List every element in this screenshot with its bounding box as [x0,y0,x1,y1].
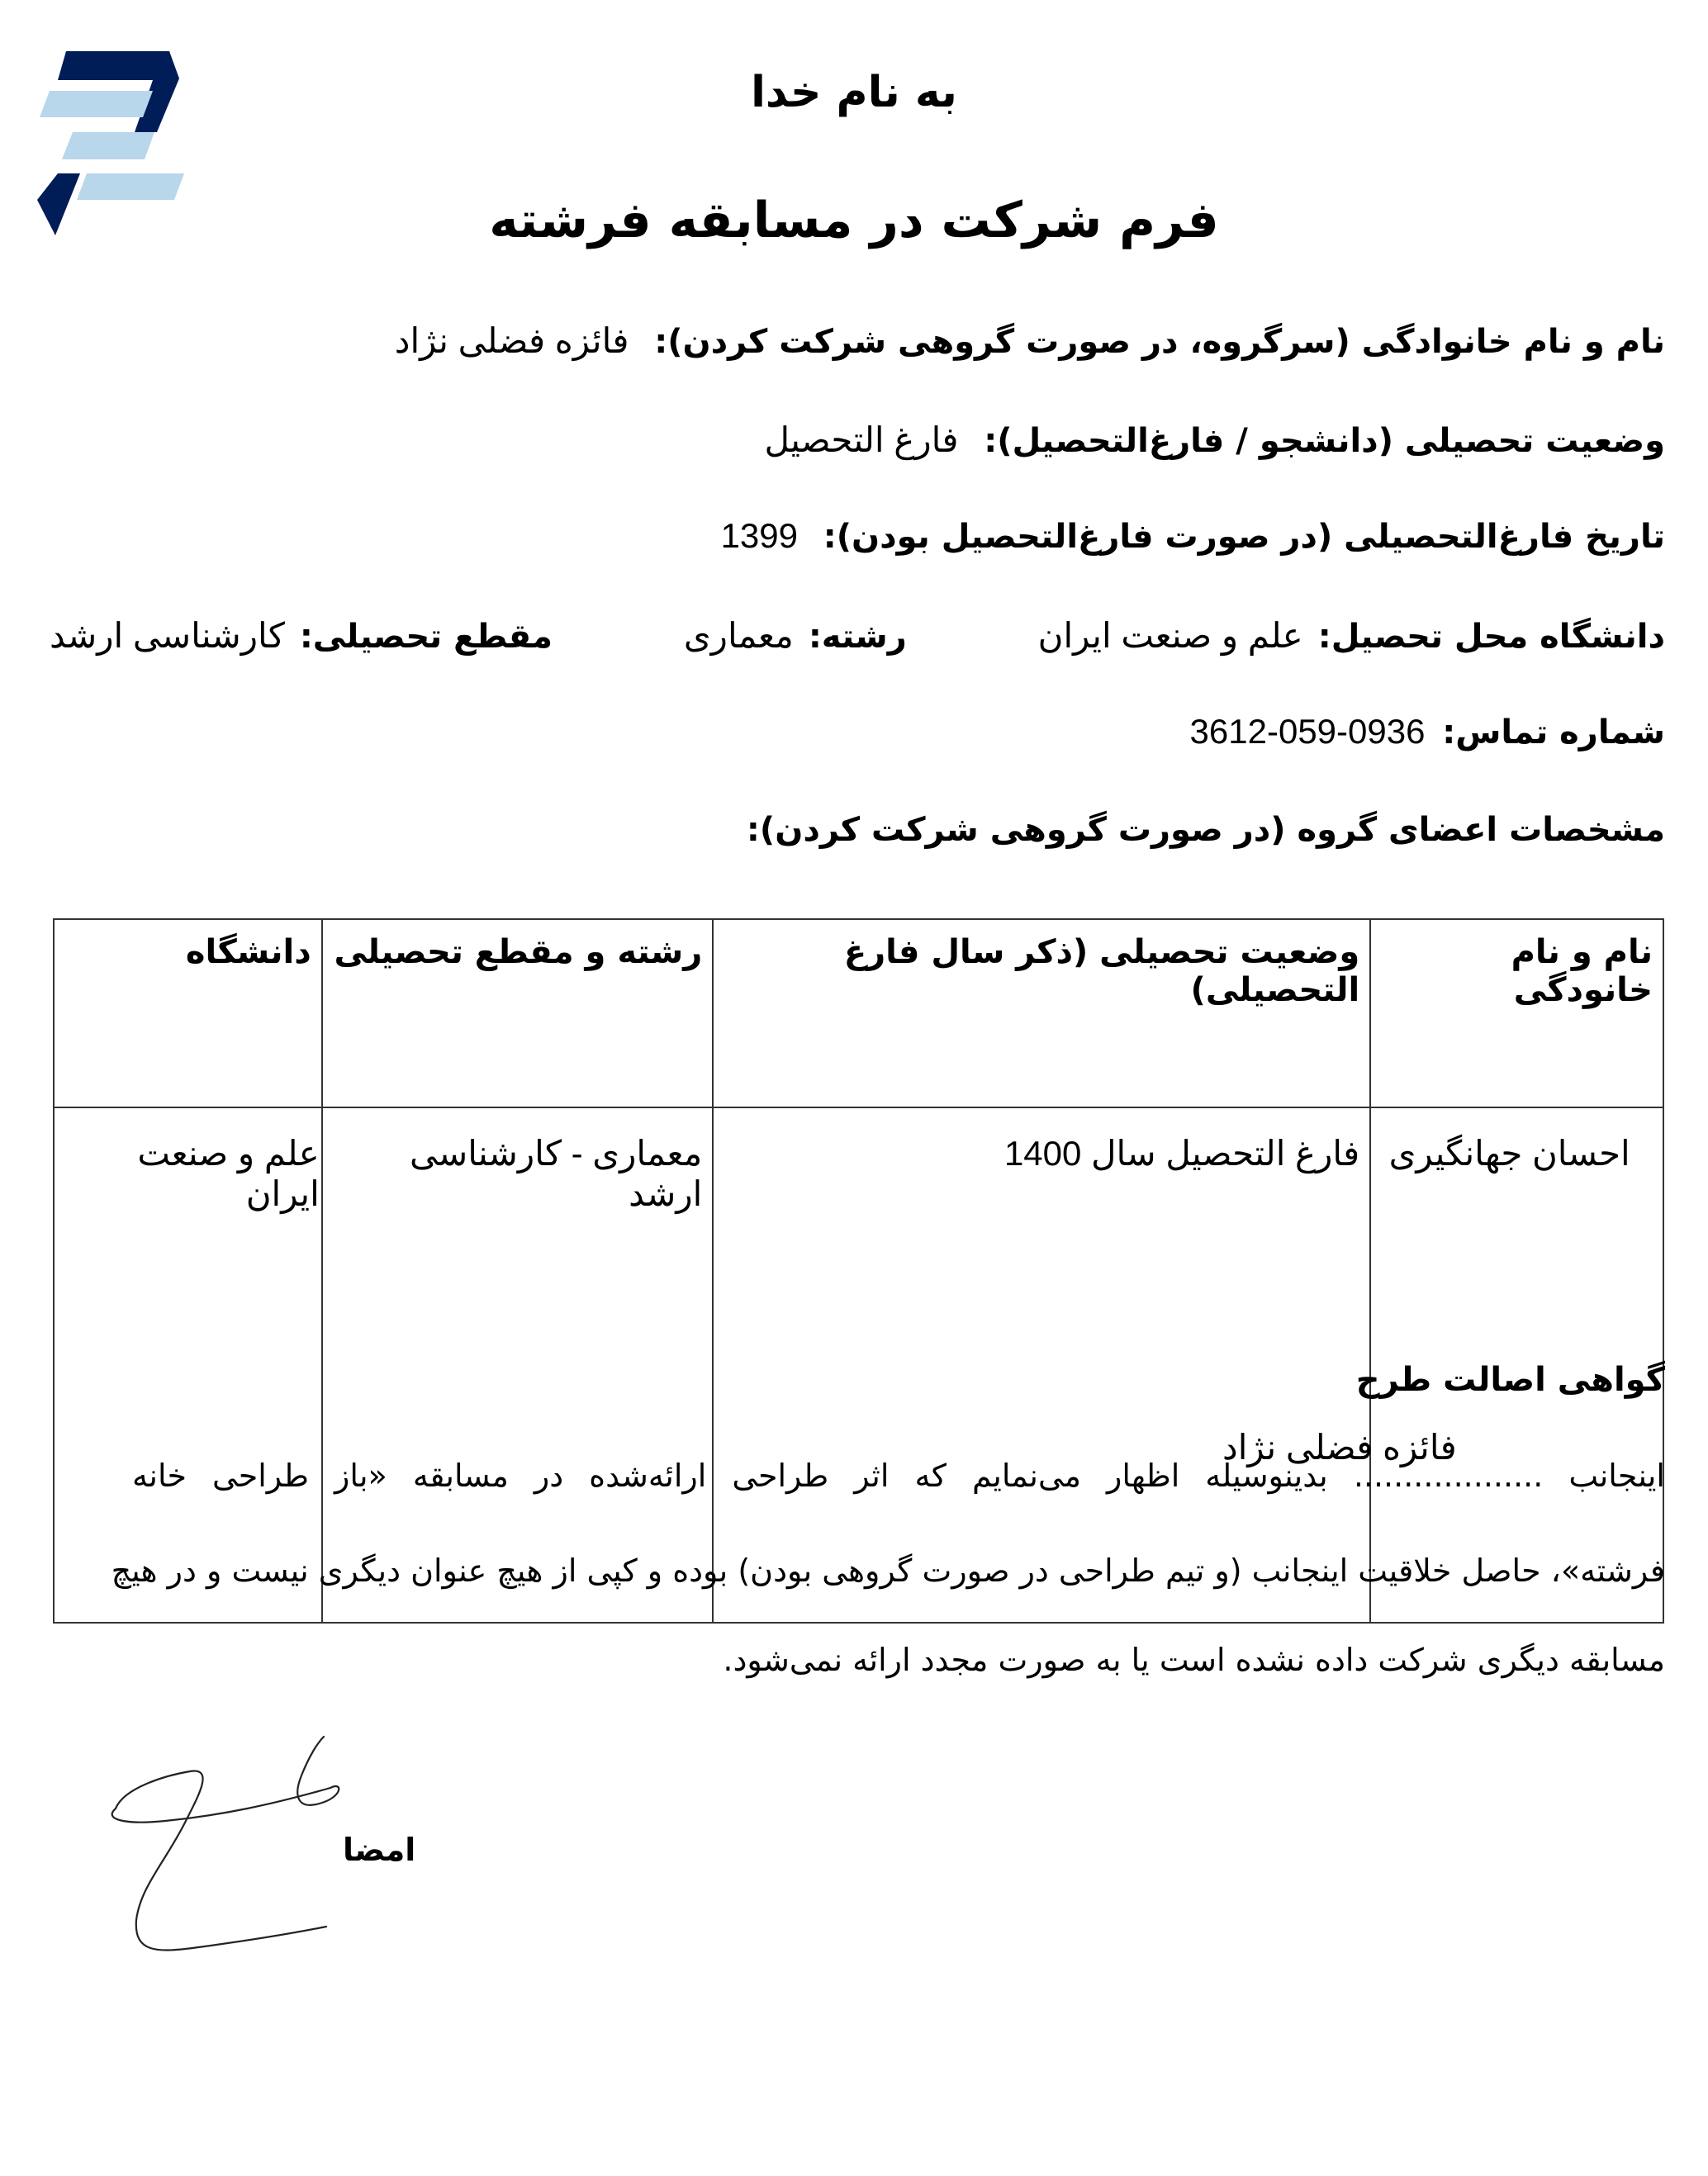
certificate-line-2: فرشته»، حاصل خلاقیت اینجانب (و تیم طراحی… [145,1553,1665,1589]
major-label: رشته: [809,618,907,656]
table-header-row: نام و نام خانودگی وضعیت تحصیلی (ذکر سال … [54,919,1663,1107]
graduation-date-label: تاریخ فارغ‌التحصیلی (در صورت فارغ‌التحصی… [823,518,1665,556]
education-status-value: فارغ التحصیل [764,420,958,459]
field-row-university: دانشگاه محل تحصیل: علم و صنعت ایران رشته… [50,615,1665,656]
major-field: رشته: معماری [684,615,907,656]
phone-label: شماره تماس: [1442,713,1665,751]
certificate-title: گواهی اصالت طرح [1356,1361,1665,1399]
cell-member-status: فارغ التحصیل سال 1400 [713,1107,1370,1623]
cell-member-major-degree: معماری - کارشناسی ارشد [322,1107,714,1623]
certificate-line1-rest: بدینوسیله اظهار می‌نمایم که اثر طراحی ار… [132,1458,1328,1494]
field-graduation-date: تاریخ فارغ‌التحصیلی (در صورت فارغ‌التحصی… [721,516,1665,556]
certificate-line1-start: اینجانب [1568,1458,1665,1494]
major-value: معماری [684,615,794,656]
degree-value: کارشناسی ارشد [50,615,285,656]
degree-label: مقطع تحصیلی: [300,618,553,656]
certificate-line-1: اینجانب ................... بدینوسیله اظ… [132,1458,1665,1494]
leader-name-label: نام و نام خانوادگی (سرگروه، در صورت گروه… [654,323,1665,361]
column-header-university: دانشگاه [54,919,322,1107]
column-header-name: نام و نام خانودگی [1370,919,1663,1107]
invocation-heading: به نام خدا [0,68,1708,117]
group-members-heading: مشخصات اعضای گروه (در صورت گروهی شرکت کر… [747,811,1665,849]
handwritten-signature-icon [107,1730,355,1961]
field-phone: شماره تماس: 0936-059-3612 [1190,712,1665,751]
signature-label: امضا [343,1832,415,1868]
graduation-date-value: 1399 [721,516,798,555]
education-status-label: وضعیت تحصیلی (دانشجو / فارغ‌التحصیل): [984,422,1665,460]
group-members-table: نام و نام خانودگی وضعیت تحصیلی (ذکر سال … [53,918,1664,1624]
university-label: دانشگاه محل تحصیل: [1318,618,1665,656]
university-field: دانشگاه محل تحصیل: علم و صنعت ایران [1038,615,1665,656]
column-header-status: وضعیت تحصیلی (ذکر سال فارغ التحصیلی) [713,919,1370,1107]
leader-name-value: فائزه فضلی نژاد [395,321,629,360]
certificate-line-3: مسابقه دیگری شرکت داده نشده است یا به صو… [723,1642,1665,1678]
form-title: فرم شرکت در مسابقه فرشته [0,192,1708,249]
degree-field: مقطع تحصیلی: کارشناسی ارشد [50,615,553,656]
name-blank-dots: ................... [1354,1458,1544,1494]
column-header-major-degree: رشته و مقطع تحصیلی [322,919,714,1107]
field-leader-name: نام و نام خانوادگی (سرگروه، در صورت گروه… [395,320,1665,361]
phone-value: 0936-059-3612 [1190,712,1426,751]
cell-member-university: علم و صنعت ایران [54,1107,322,1623]
university-value: علم و صنعت ایران [1038,615,1303,656]
field-education-status: وضعیت تحصیلی (دانشجو / فارغ‌التحصیل): فا… [764,420,1665,460]
